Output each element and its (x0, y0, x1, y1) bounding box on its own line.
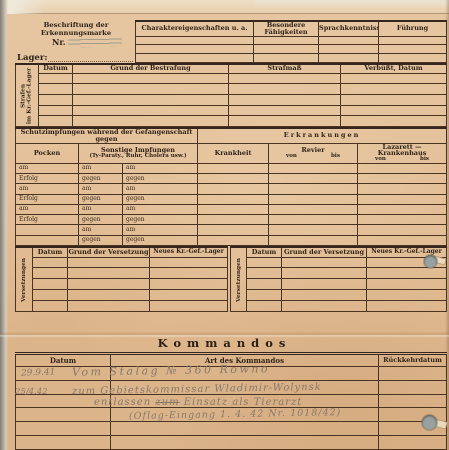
top-hole-punch (424, 255, 437, 268)
empty-cell (247, 279, 282, 290)
left-scan-edge (0, 0, 8, 450)
vaccinations-group-header: Schutzimpfungen während der Gefangenscha… (16, 128, 198, 143)
empty-row (16, 268, 228, 279)
empty-cell (254, 45, 319, 54)
empty-cell: am (123, 164, 198, 174)
vaccination-row: amamam (16, 164, 447, 174)
empty-cell (68, 301, 150, 312)
empty-cell: am (79, 225, 123, 235)
medical-group-header-row: Schutzimpfungen während der Gefangenscha… (16, 128, 447, 143)
empty-cell: Erfolg (16, 194, 79, 204)
punishments-header-row: Strafen im Kr.-Gef.-Lager Datum Grund de… (16, 64, 447, 73)
empty-row (16, 279, 228, 290)
medical-table: Schutzimpfungen während der Gefangenscha… (15, 127, 447, 246)
empty-cell (379, 380, 447, 394)
empty-cell (150, 290, 228, 301)
punishments-header-sentence: Strafmaß (229, 64, 341, 73)
empty-cell (358, 194, 447, 204)
hospital-to-label: bis (420, 157, 429, 163)
empty-cell (358, 204, 447, 214)
empty-cell (367, 301, 447, 312)
empty-cell (198, 225, 269, 235)
empty-cell (136, 36, 254, 45)
empty-cell (150, 279, 228, 290)
traits-header-row: Charaktereigenschaften u. a. Besondere F… (136, 21, 447, 36)
punishments-table: Strafen im Kr.-Gef.-Lager Datum Grund de… (15, 63, 447, 127)
empty-cell (16, 408, 111, 422)
vaccination-row: Erfolggegengegen (16, 194, 447, 204)
empty-cell (247, 257, 282, 268)
kommandos-title: Kommandos (0, 336, 449, 350)
empty-cell (247, 290, 282, 301)
empty-row (16, 84, 447, 95)
empty-cell (282, 279, 367, 290)
transfers-table-right: Versetzungen Datum Grund der Versetzung … (230, 246, 447, 312)
empty-cell (39, 116, 73, 127)
empty-row (231, 279, 447, 290)
transfers-right-header-reason: Grund der Versetzung (282, 247, 367, 257)
empty-cell (198, 194, 269, 204)
empty-cell (198, 174, 269, 184)
empty-row (16, 73, 447, 84)
empty-cell (341, 94, 447, 105)
empty-cell: gegen (79, 174, 123, 184)
medical-subheader-row: Pocken Sonstige Impfungen (Ty-Paraty., R… (16, 143, 447, 163)
empty-cell (136, 45, 254, 54)
empty-row (16, 257, 228, 268)
vaccination-row: amam (16, 225, 447, 235)
lager-label: Lager: (17, 53, 47, 63)
empty-row (231, 290, 447, 301)
empty-cell (68, 257, 150, 268)
empty-cell (16, 235, 79, 245)
empty-cell (379, 394, 447, 408)
sickbay-to-label: bis (331, 154, 340, 160)
empty-cell: gegen (123, 235, 198, 245)
empty-cell (33, 257, 68, 268)
empty-cell (269, 225, 358, 235)
empty-cell (229, 73, 341, 84)
transfers-left-header-date: Datum (33, 247, 68, 257)
empty-cell (341, 116, 447, 127)
sickbay-header: Revier vonbis (269, 143, 358, 163)
sickbay-from-label: von (286, 154, 297, 160)
punishments-header-reason: Grund der Bestrafung (73, 64, 229, 73)
empty-cell: gegen (123, 194, 198, 204)
empty-cell: am (79, 164, 123, 174)
empty-cell (136, 54, 254, 63)
empty-cell (358, 215, 447, 225)
hospital-from-label: von (375, 157, 386, 163)
empty-cell (33, 290, 68, 301)
empty-cell (358, 235, 447, 245)
empty-cell (198, 164, 269, 174)
empty-cell: am (79, 184, 123, 194)
top-left-tear (0, 0, 120, 14)
empty-cell (111, 422, 379, 436)
empty-cell (73, 116, 229, 127)
empty-cell (282, 301, 367, 312)
empty-cell (379, 367, 447, 381)
illness-header: Krankheit (198, 143, 269, 163)
transfers-left-header-row: Versetzungen Datum Grund der Versetzung … (16, 247, 228, 257)
empty-cell: gegen (123, 174, 198, 184)
empty-cell (379, 45, 447, 54)
empty-cell (111, 436, 379, 450)
empty-row (136, 36, 447, 45)
traits-header-character: Charaktereigenschaften u. a. (136, 21, 254, 36)
empty-cell (379, 36, 447, 45)
empty-row (16, 436, 447, 450)
empty-cell (247, 268, 282, 279)
traits-header-languages: Sprachkenntnisse (319, 21, 379, 36)
empty-cell (39, 105, 73, 116)
scanned-card-background: Beschriftung der Erkennungsmarke Nr. Lag… (0, 0, 449, 450)
empty-cell (358, 184, 447, 194)
empty-cell (341, 105, 447, 116)
entry2-line2-struck-word: zum (155, 397, 179, 408)
entry1-date-handwriting: 29.9.41 (21, 367, 56, 378)
punishments-side-label: Strafen im Kr.-Gef.-Lager (16, 64, 39, 127)
kommandos-header-return: Rückkehrdatum (379, 354, 447, 367)
empty-row (231, 301, 447, 312)
empty-cell: am (16, 164, 79, 174)
empty-cell (73, 84, 229, 95)
traits-table: Charaktereigenschaften u. a. Besondere F… (135, 20, 447, 63)
vaccination-row: amamam (16, 204, 447, 214)
lager-fill-line (48, 54, 133, 62)
empty-row (16, 105, 447, 116)
empty-cell (358, 174, 447, 184)
id-tag-nr-label: Nr. (52, 37, 66, 47)
other-vaccinations-line2: (Ty-Paraty., Ruhr, Cholera usw.) (79, 154, 197, 160)
empty-row (16, 116, 447, 127)
empty-cell: Erfolg (16, 215, 79, 225)
entry2-line2a: entlassen (94, 397, 151, 408)
empty-cell (269, 235, 358, 245)
empty-cell (73, 73, 229, 84)
empty-cell: am (79, 204, 123, 214)
empty-cell (39, 84, 73, 95)
empty-cell: am (123, 204, 198, 214)
transfers-right-side-label: Versetzungen (231, 247, 247, 312)
empty-cell (367, 268, 447, 279)
smallpox-header: Pocken (16, 143, 79, 163)
empty-cell: gegen (79, 235, 123, 245)
empty-cell: gegen (123, 215, 198, 225)
empty-row (136, 45, 447, 54)
transfers-left-side-label: Versetzungen (16, 247, 33, 312)
empty-cell (269, 215, 358, 225)
empty-cell (68, 268, 150, 279)
empty-cell (229, 94, 341, 105)
punishments-header-date: Datum (39, 64, 73, 73)
empty-cell (319, 45, 379, 54)
empty-cell (198, 235, 269, 245)
empty-cell (247, 301, 282, 312)
empty-row (16, 94, 447, 105)
empty-cell (229, 105, 341, 116)
empty-cell (358, 164, 447, 174)
empty-cell: am (16, 204, 79, 214)
empty-cell: Erfolg (16, 174, 79, 184)
empty-cell (319, 54, 379, 63)
empty-cell (319, 36, 379, 45)
traits-header-conduct: Führung (379, 21, 447, 36)
transfers-left-header-newcamp: Neues Kr.-Gef.-Lager (150, 247, 228, 257)
entry2-date-handwriting: 25/4.42 (15, 387, 48, 397)
empty-cell (269, 194, 358, 204)
transfers-right-header-row: Versetzungen Datum Grund der Versetzung … (231, 247, 447, 257)
empty-cell (379, 436, 447, 450)
empty-row (16, 290, 228, 301)
hospital-label: Lazarett — Krankenhaus (358, 144, 446, 158)
empty-cell (254, 54, 319, 63)
empty-cell (198, 204, 269, 214)
empty-row (231, 268, 447, 279)
id-tag-nr-smudge (68, 38, 122, 48)
empty-cell (367, 279, 447, 290)
empty-cell: gegen (79, 194, 123, 204)
transfers-left-header-reason: Grund der Versetzung (68, 247, 150, 257)
empty-cell (16, 422, 111, 436)
empty-cell (39, 73, 73, 84)
empty-cell: am (16, 184, 79, 194)
empty-cell (379, 54, 447, 63)
empty-cell (341, 84, 447, 95)
empty-cell (39, 94, 73, 105)
empty-cell (282, 257, 367, 268)
traits-header-abilities: Besondere Fähigkeiten (254, 21, 319, 36)
empty-cell (16, 436, 111, 450)
punishments-side-label-line2: im Kr.-Gef.-Lager (27, 67, 33, 123)
empty-row (16, 422, 447, 436)
empty-cell (282, 290, 367, 301)
empty-cell (198, 184, 269, 194)
illnesses-group-header: Erkrankungen (198, 128, 447, 143)
vaccination-row: Erfolggegengegen (16, 215, 447, 225)
empty-cell: am (123, 184, 198, 194)
empty-row (136, 54, 447, 63)
top-right-tear (255, 0, 449, 7)
empty-cell (282, 268, 367, 279)
empty-cell (33, 279, 68, 290)
empty-cell (254, 36, 319, 45)
sickbay-label: Revier (269, 147, 357, 154)
empty-cell (358, 225, 447, 235)
bottom-hole-punch (422, 415, 437, 430)
vaccination-row: amamam (16, 184, 447, 194)
empty-cell (150, 301, 228, 312)
punishments-header-served: Verbüßt, Datum (341, 64, 447, 73)
empty-cell (229, 84, 341, 95)
empty-cell (33, 301, 68, 312)
empty-cell (269, 174, 358, 184)
id-tag-title: Beschriftung der Erkennungsmarke (18, 21, 134, 37)
empty-cell (73, 105, 229, 116)
empty-row (16, 301, 228, 312)
empty-cell: gegen (79, 215, 123, 225)
empty-cell (341, 73, 447, 84)
empty-cell (229, 116, 341, 127)
empty-cell (33, 268, 68, 279)
empty-cell (68, 279, 150, 290)
empty-cell (16, 225, 79, 235)
empty-cell (198, 215, 269, 225)
entry2-line2-handwriting: entlassen zum Einsatz als Tierarzt (94, 397, 302, 408)
vaccination-row: gegengegen (16, 235, 447, 245)
empty-cell (68, 290, 150, 301)
other-vaccinations-header: Sonstige Impfungen (Ty-Paraty., Ruhr, Ch… (79, 143, 198, 163)
empty-cell (73, 94, 229, 105)
empty-row (231, 257, 447, 268)
empty-cell (150, 257, 228, 268)
empty-cell (269, 164, 358, 174)
transfers-table-left: Versetzungen Datum Grund der Versetzung … (15, 246, 228, 312)
empty-cell (367, 290, 447, 301)
transfers-right-header-date: Datum (247, 247, 282, 257)
entry2-line2b: Einsatz als Tierarzt (184, 397, 303, 408)
empty-cell (269, 204, 358, 214)
hospital-header: Lazarett — Krankenhaus vonbis (358, 143, 447, 163)
empty-cell: am (123, 225, 198, 235)
vaccination-row: Erfolggegengegen (16, 174, 447, 184)
empty-cell (150, 268, 228, 279)
empty-cell (269, 184, 358, 194)
